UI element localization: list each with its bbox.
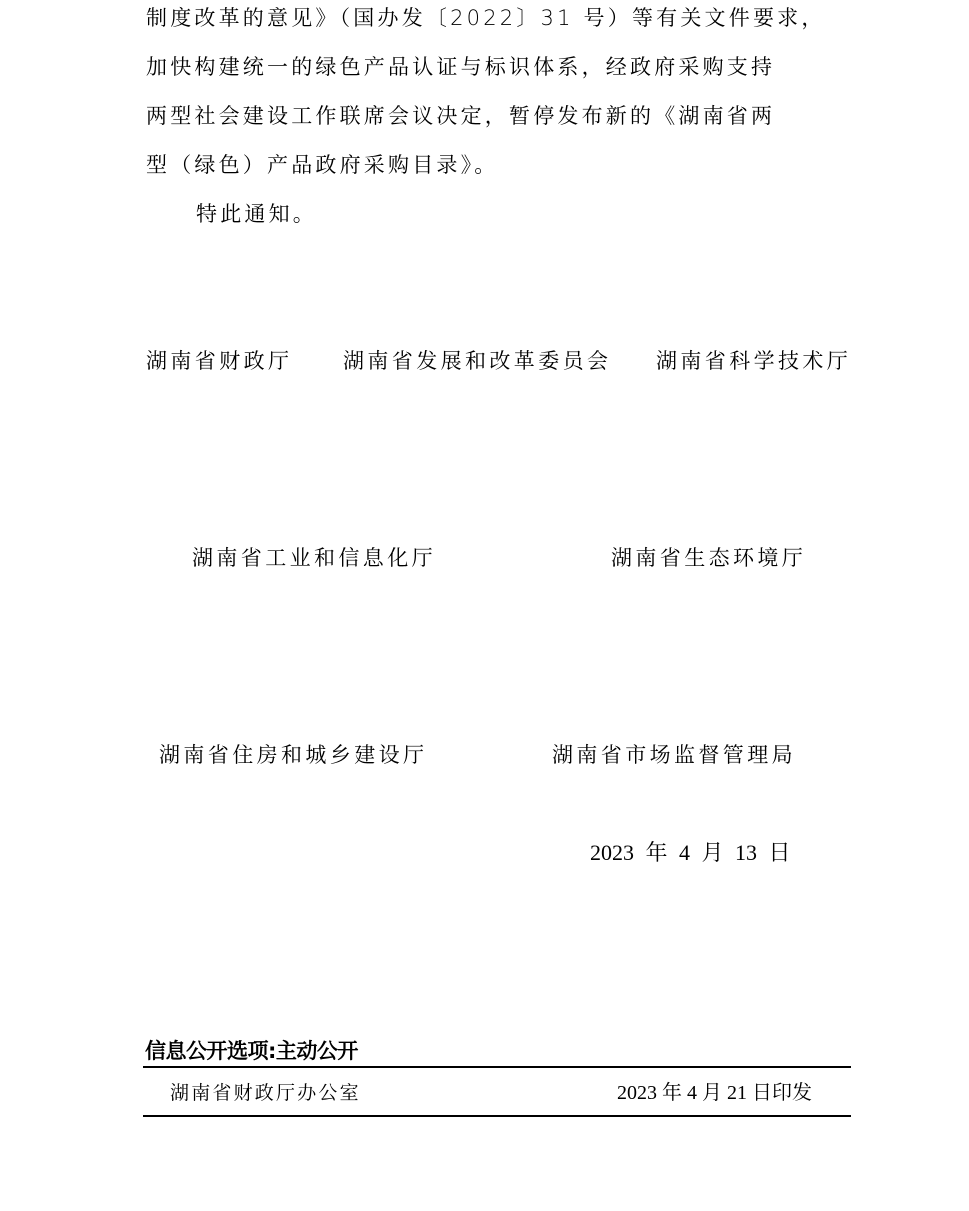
disclosure-option: 信息公开选项:主动公开 [145,1037,358,1065]
footer-top-rule [143,1066,851,1068]
signatory-development-reform-commission: 湖南省发展和改革委员会 [343,347,611,375]
body-text-line-4: 型（绿色）产品政府采购目录》。 [146,151,499,179]
signatory-ecology-environment-department: 湖南省生态环境厅 [611,544,806,572]
signatory-finance-department: 湖南省财政厅 [146,347,292,375]
body-text-line-1: 制度改革的意见》（国办发〔2022〕31 号）等有关文件要求， [146,4,826,32]
document-page: 制度改革的意见》（国办发〔2022〕31 号）等有关文件要求， 加快构建统一的绿… [0,0,969,1211]
body-text-line-3: 两型社会建设工作联席会议决定，暂停发布新的《湖南省两 [146,102,775,130]
body-text-line-2: 加快构建统一的绿色产品认证与标识体系，经政府采购支持 [146,53,775,81]
closing-phrase: 特此通知。 [196,200,317,228]
document-date: 2023 年 4 月 13 日 [590,839,791,867]
footer-issue-date: 2023 年 4 月 21 日印发 [617,1080,812,1106]
footer-bottom-rule [143,1115,851,1117]
signatory-science-technology-department: 湖南省科学技术厅 [656,347,851,375]
signatory-housing-urban-rural-department: 湖南省住房和城乡建设厅 [159,741,427,769]
signatory-industry-it-department: 湖南省工业和信息化厅 [192,544,436,572]
signatory-market-supervision-bureau: 湖南省市场监督管理局 [552,741,796,769]
footer-issuer: 湖南省财政厅办公室 [170,1080,361,1106]
